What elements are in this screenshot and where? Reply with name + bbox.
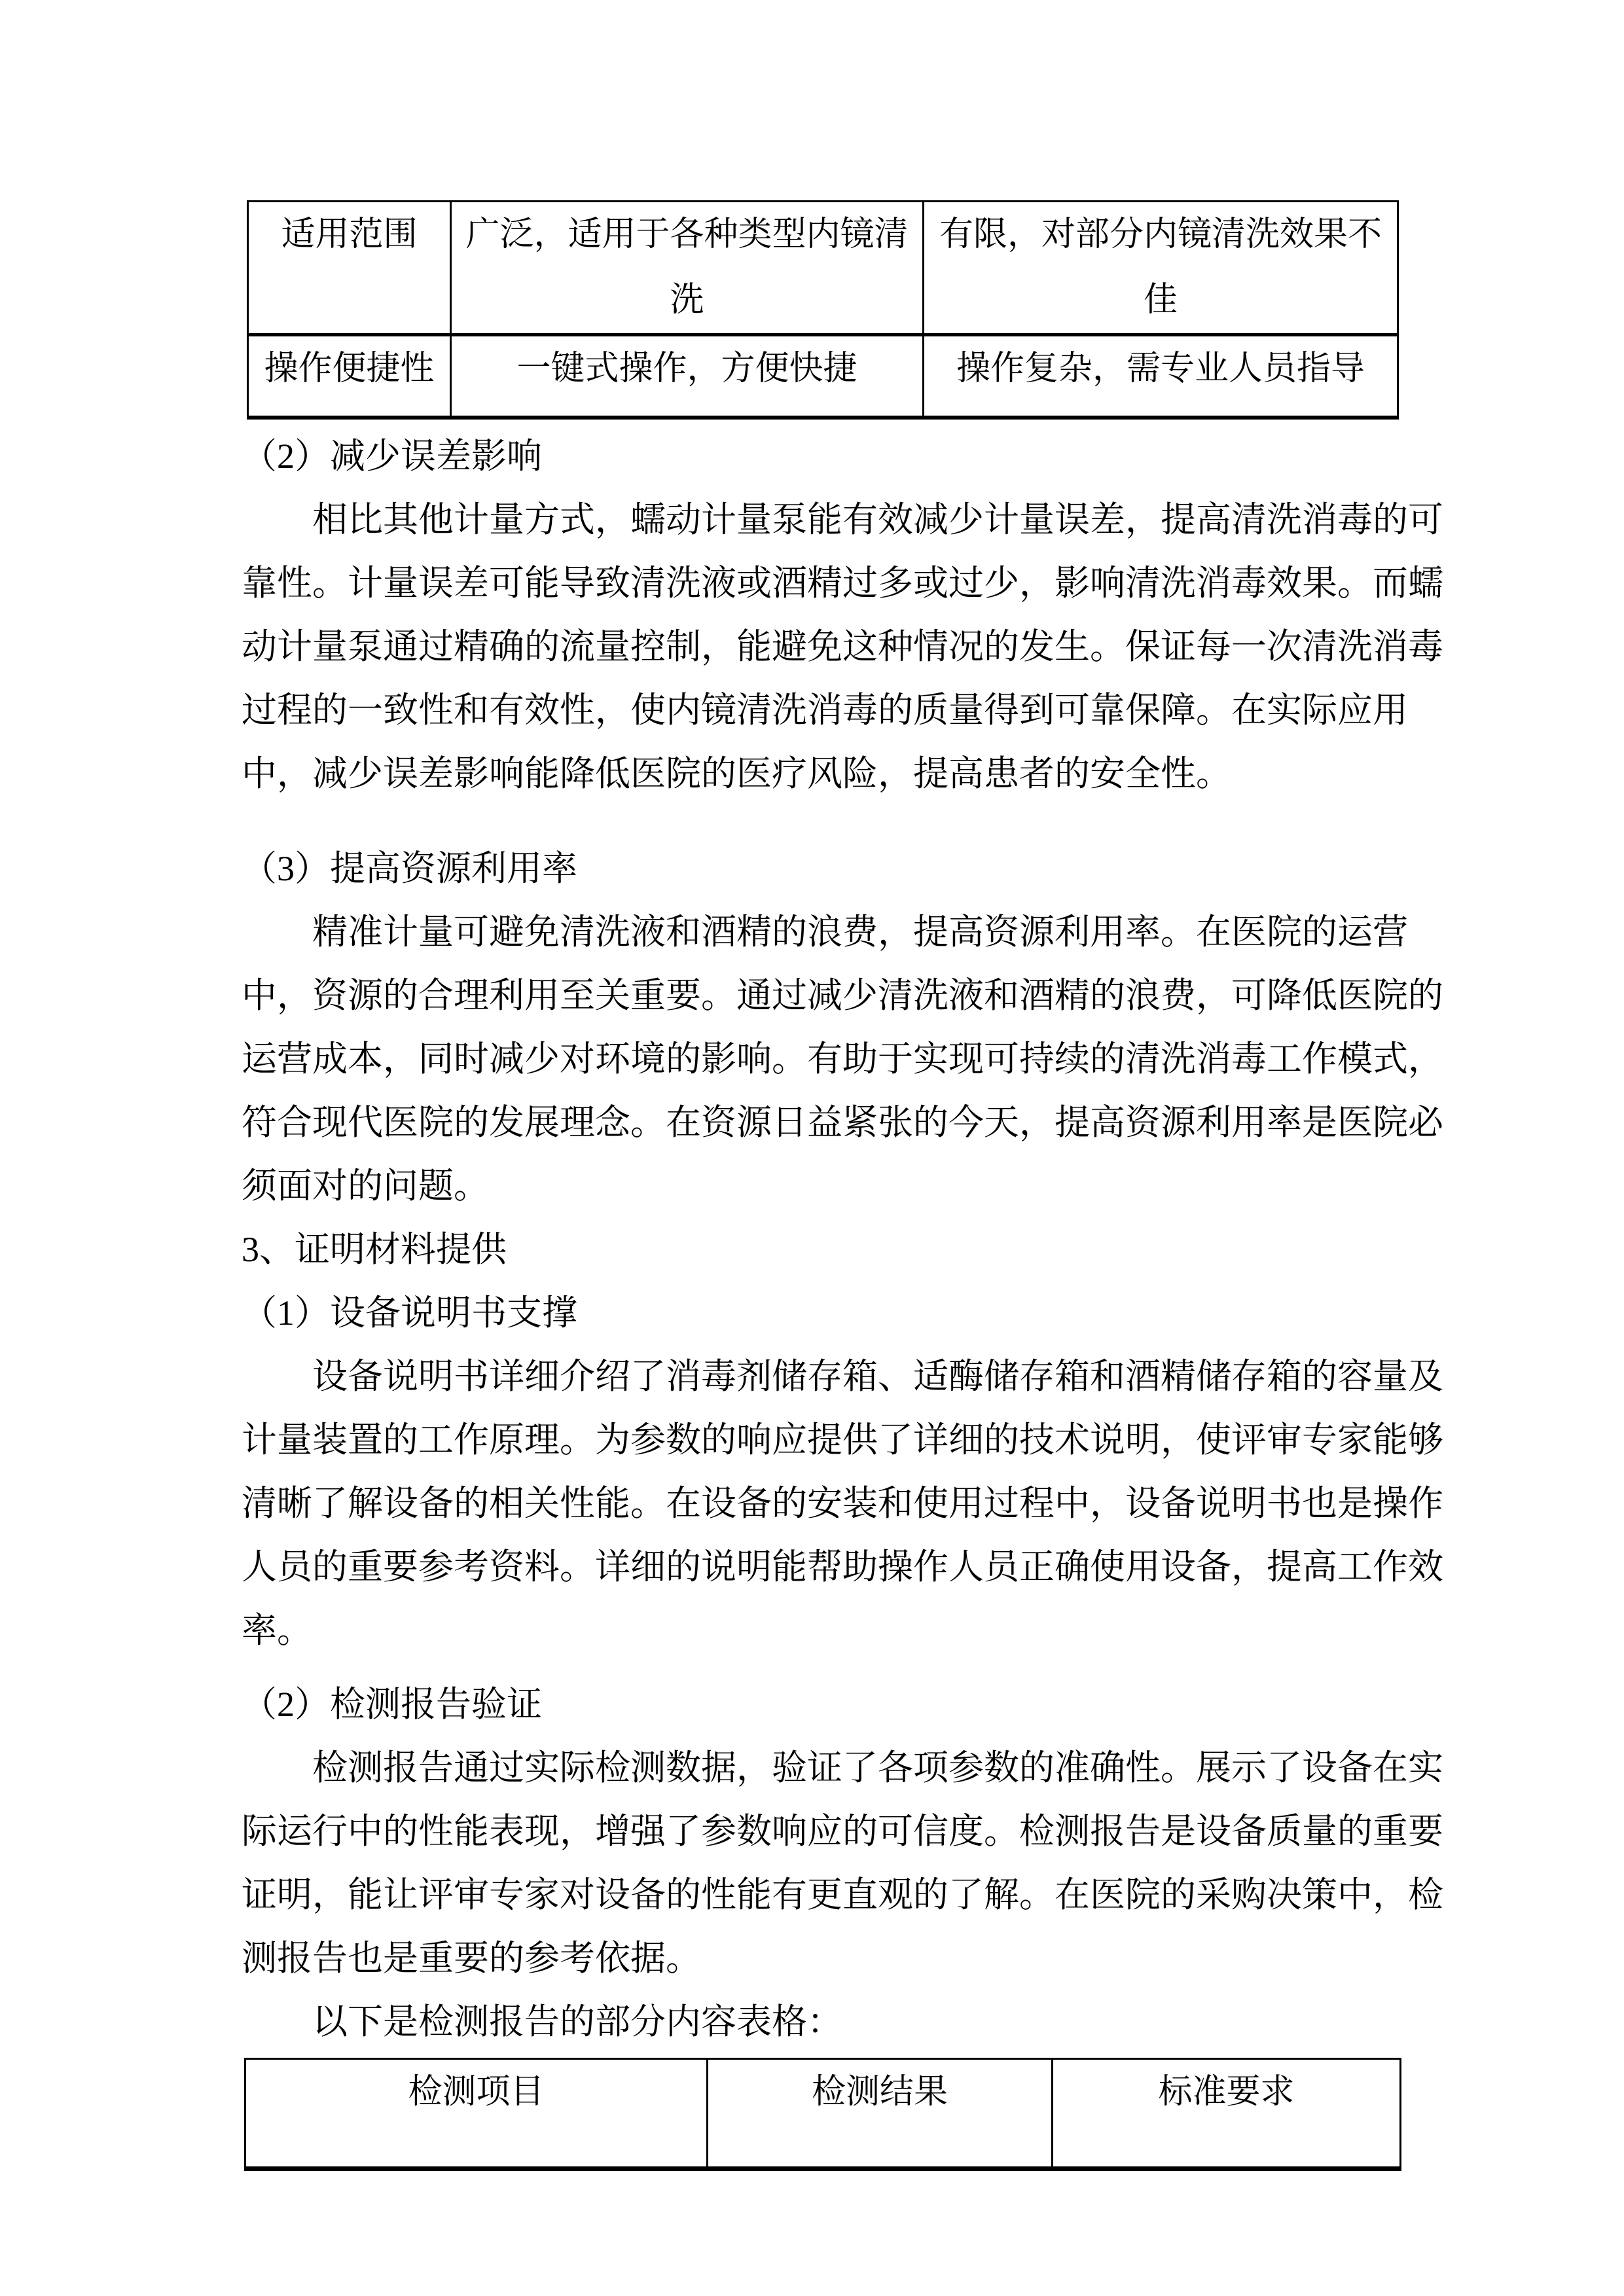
- section-heading-manual: （1）设备说明书支撑: [242, 1282, 1401, 1345]
- text-line: 设备说明书详细介绍了消毒剂储存箱、适酶储存箱和酒精储存箱的容量及: [242, 1345, 1401, 1408]
- text-line: 清晰了解设备的相关性能。在设备的安装和使用过程中，设备说明书也是操作: [242, 1472, 1401, 1535]
- text-line: 检测报告通过实际检测数据，验证了各项参数的准确性。展示了设备在实: [242, 1736, 1401, 1800]
- table-row: 操作便捷性 一键式操作，方便快捷 操作复杂，需专业人员指导: [248, 335, 1398, 418]
- paragraph-report: 检测报告通过实际检测数据，验证了各项参数的准确性。展示了设备在实 际运行中的性能…: [242, 1736, 1401, 1990]
- table-cell-value: 有限，对部分内镜清洗效果不佳: [924, 202, 1398, 335]
- table-row: 适用范围 广泛，适用于各种类型内镜清洗 有限，对部分内镜清洗效果不佳: [248, 202, 1398, 335]
- section-heading-reduce-error: （2）减少误差影响: [242, 425, 1401, 488]
- text-line: 证明，能让评审专家对设备的性能有更直观的了解。在医院的采购决策中，检: [242, 1863, 1401, 1927]
- table-cell-value: 广泛，适用于各种类型内镜清洗: [451, 202, 924, 335]
- section-heading-report: （2）检测报告验证: [242, 1673, 1401, 1736]
- text-line: 符合现代医院的发展理念。在资源日益紧张的今天，提高资源利用率是医院必: [242, 1091, 1401, 1155]
- paragraph-manual: 设备说明书详细介绍了消毒剂储存箱、适酶储存箱和酒精储存箱的容量及 计量装置的工作…: [242, 1345, 1401, 1662]
- text-line: 中，资源的合理利用至关重要。通过减少清洗液和酒精的浪费，可降低医院的: [242, 964, 1401, 1028]
- text-line: 计量装置的工作原理。为参数的响应提供了详细的技术说明，使评审专家能够: [242, 1408, 1401, 1472]
- document-page: 适用范围 广泛，适用于各种类型内镜清洗 有限，对部分内镜清洗效果不佳 操作便捷性…: [0, 0, 1624, 2296]
- text-line: 动计量泵通过精确的流量控制，能避免这种情况的发生。保证每一次清洗消毒: [242, 615, 1401, 679]
- table-header-cell: 检测项目: [245, 2058, 708, 2168]
- text-line: 精准计量可避免清洗液和酒精的浪费，提高资源利用率。在医院的运营: [242, 901, 1401, 964]
- section-heading-materials: 3、证明材料提供: [242, 1218, 1401, 1282]
- table-header-cell: 检测结果: [708, 2058, 1053, 2168]
- text-line: 际运行中的性能表现，增强了参数响应的可信度。检测报告是设备质量的重要: [242, 1800, 1401, 1863]
- table-header-row: 检测项目 检测结果 标准要求: [245, 2058, 1401, 2168]
- table-header-cell: 标准要求: [1053, 2058, 1401, 2168]
- text-line: 测报告也是重要的参考依据。: [242, 1927, 1401, 1990]
- page-content: 适用范围 广泛，适用于各种类型内镜清洗 有限，对部分内镜清洗效果不佳 操作便捷性…: [242, 200, 1401, 2171]
- comparison-table: 适用范围 广泛，适用于各种类型内镜清洗 有限，对部分内镜清洗效果不佳 操作便捷性…: [247, 200, 1399, 420]
- table-intro-line: 以下是检测报告的部分内容表格：: [242, 1990, 1401, 2054]
- text-line: 运营成本，同时减少对环境的影响。有助于实现可持续的清洗消毒工作模式，: [242, 1028, 1401, 1091]
- paragraph-resource: 精准计量可避免清洗液和酒精的浪费，提高资源利用率。在医院的运营 中，资源的合理利…: [242, 901, 1401, 1218]
- table-cell-value: 操作复杂，需专业人员指导: [924, 335, 1398, 418]
- table-cell-label: 适用范围: [248, 202, 451, 335]
- text-line: 中，减少误差影响能降低医院的医疗风险，提高患者的安全性。: [242, 742, 1401, 806]
- section-heading-resource: （3）提高资源利用率: [242, 837, 1401, 901]
- text-line: 人员的重要参考资料。详细的说明能帮助操作人员正确使用设备，提高工作效: [242, 1535, 1401, 1599]
- paragraph-reduce-error: 相比其他计量方式，蠕动计量泵能有效减少计量误差，提高清洗消毒的可 靠性。计量误差…: [242, 488, 1401, 806]
- report-table: 检测项目 检测结果 标准要求: [244, 2058, 1401, 2171]
- table-cell-value: 一键式操作，方便快捷: [451, 335, 924, 418]
- text-line: 相比其他计量方式，蠕动计量泵能有效减少计量误差，提高清洗消毒的可: [242, 488, 1401, 552]
- text-line: 率。: [242, 1599, 1401, 1662]
- text-line: 须面对的问题。: [242, 1155, 1401, 1218]
- text-line: 靠性。计量误差可能导致清洗液或酒精过多或过少，影响清洗消毒效果。而蠕: [242, 552, 1401, 615]
- text-line: 过程的一致性和有效性，使内镜清洗消毒的质量得到可靠保障。在实际应用: [242, 679, 1401, 742]
- table-cell-label: 操作便捷性: [248, 335, 451, 418]
